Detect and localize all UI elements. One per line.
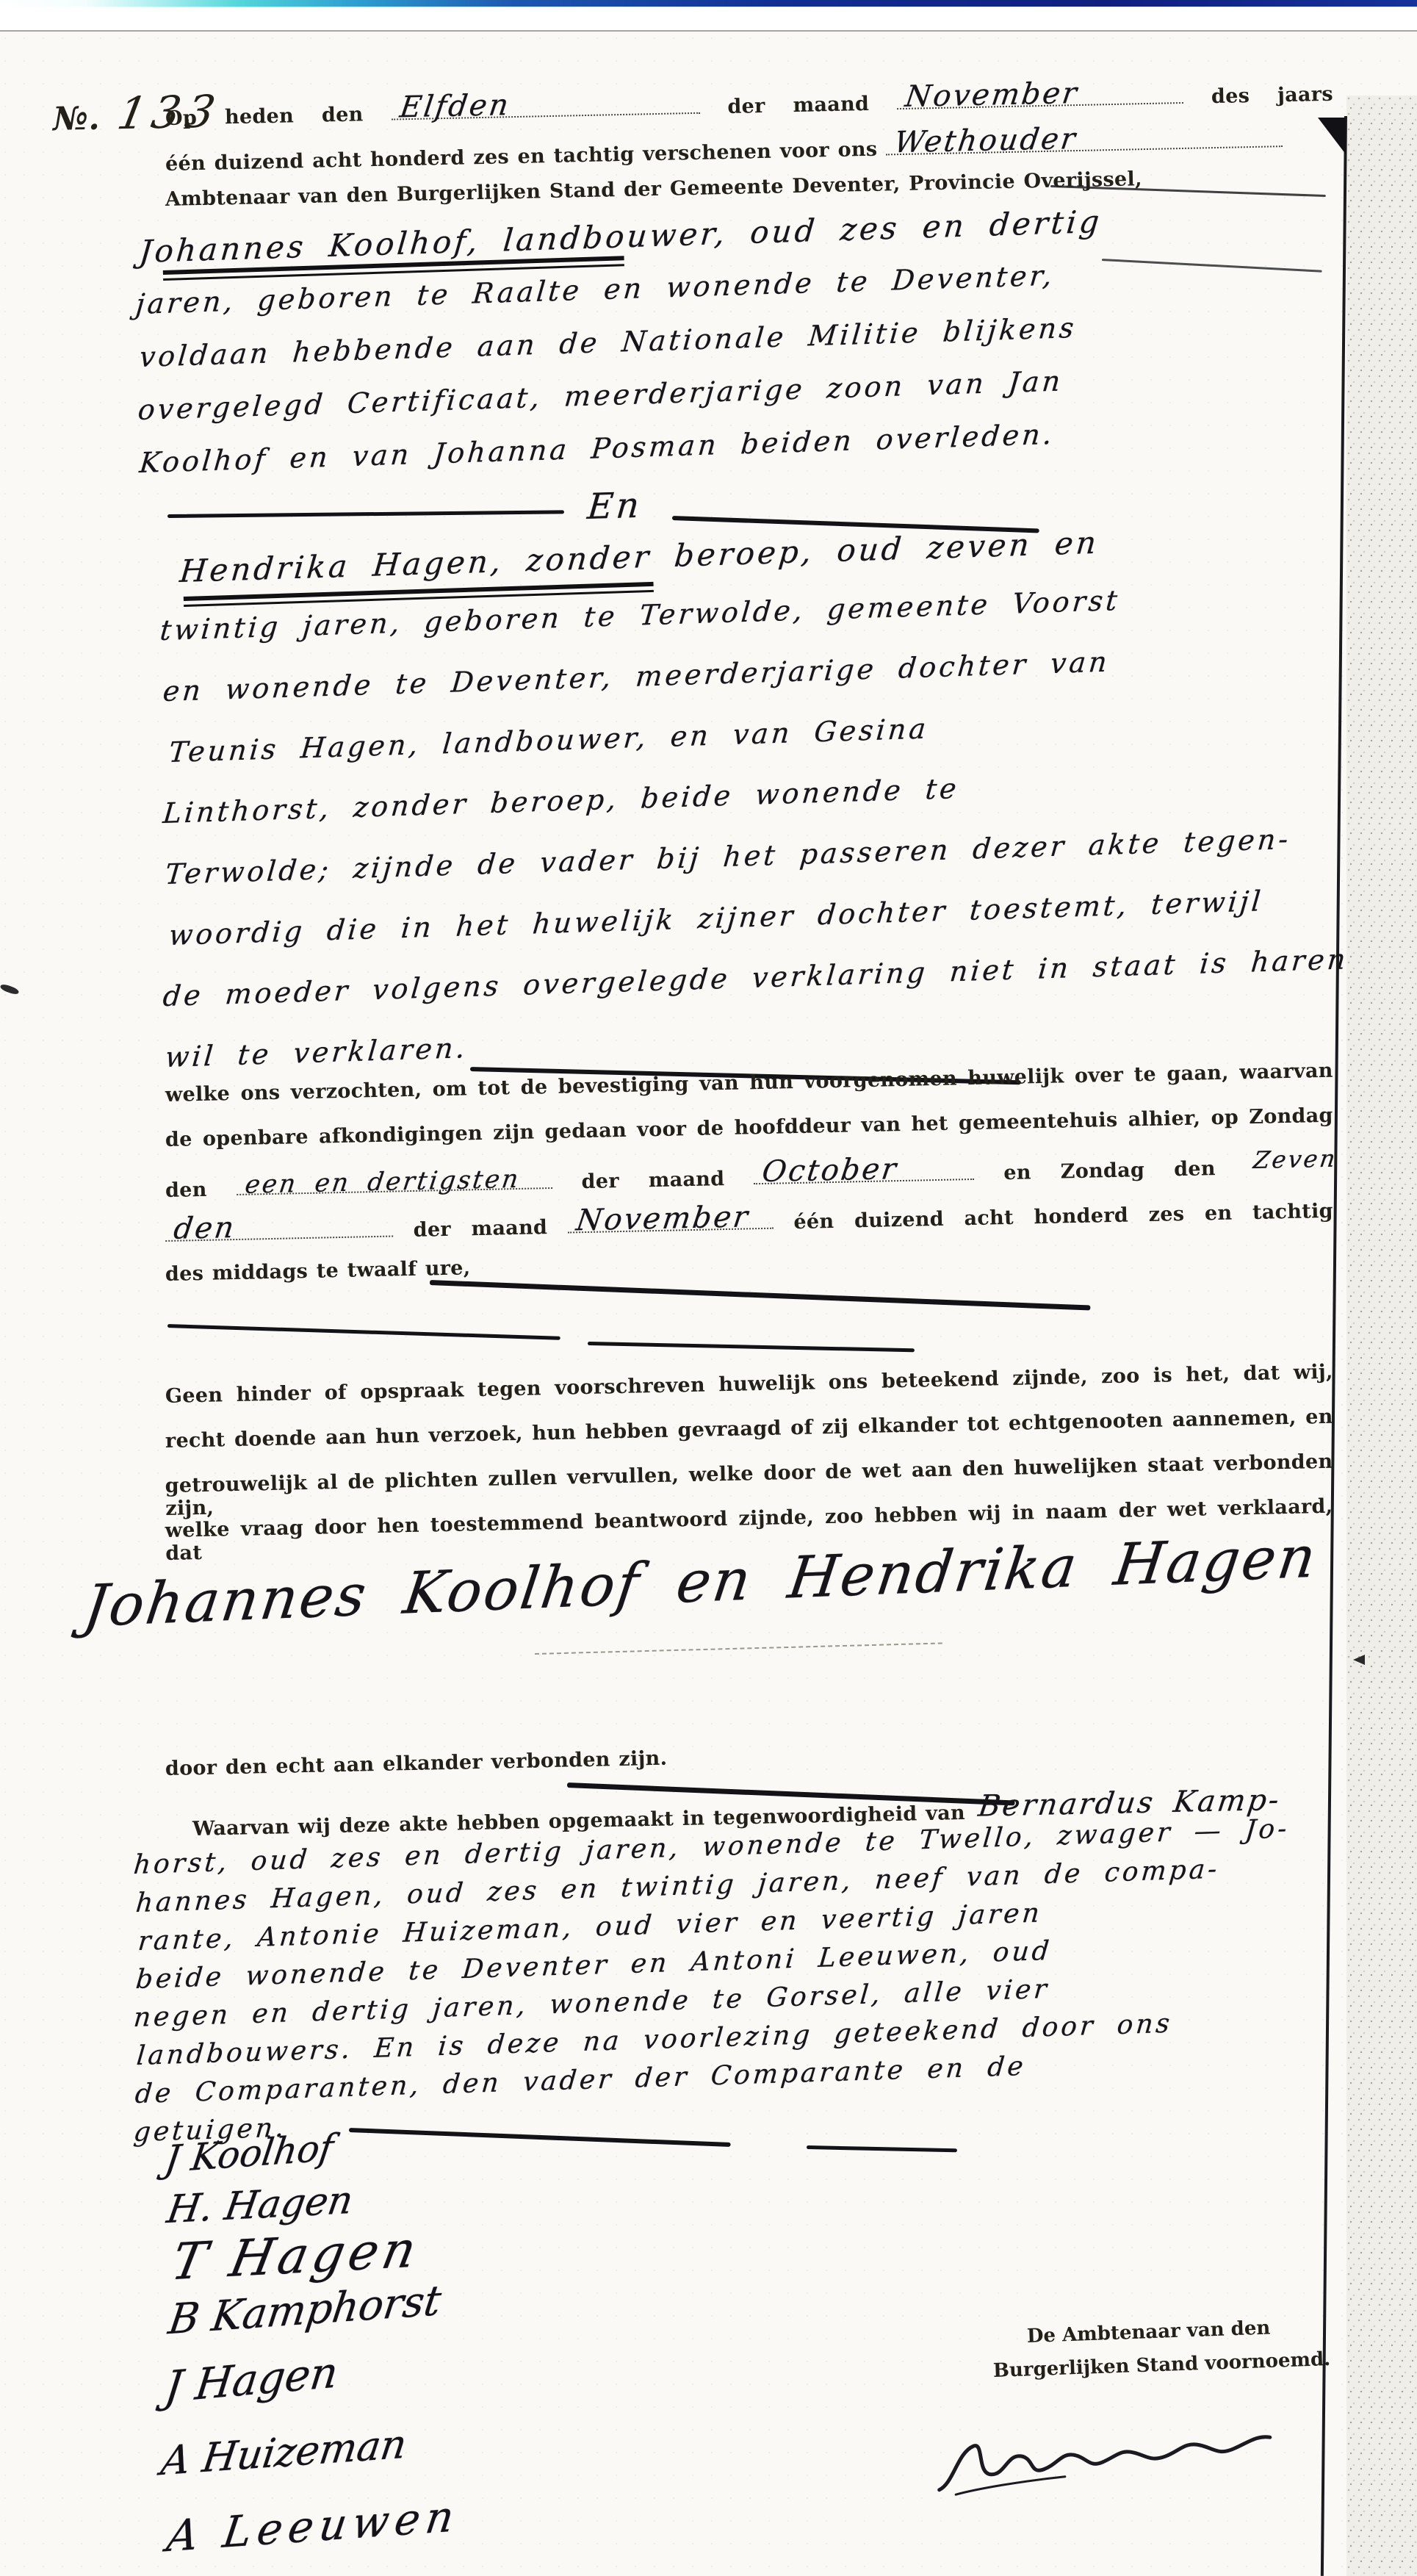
handwritten-first-banns-month: October bbox=[760, 1152, 901, 1189]
fill-first-banns-month: October bbox=[754, 1156, 975, 1184]
scanned-marriage-record: №. 133 Op heden den Elfden der maand Nov… bbox=[0, 0, 1417, 2576]
header-year-intro: des jaars bbox=[1211, 83, 1333, 108]
fill-second-banns-month: November bbox=[567, 1206, 774, 1234]
publication-der-maand-2: der maand bbox=[413, 1216, 547, 1242]
handwritten-second-banns-day-part-2: den bbox=[172, 1211, 238, 1246]
fill-day-of-month: Elfden bbox=[391, 90, 700, 120]
right-margin-grain bbox=[1346, 96, 1417, 2576]
scanner-band bbox=[0, 0, 1417, 7]
fold-corner-mark bbox=[1318, 118, 1346, 154]
handwritten-officiant: Wethouder bbox=[893, 122, 1080, 159]
fill-officiant-title: Wethouder bbox=[886, 123, 1283, 155]
handwritten-first-banns-day: een en dertigsten bbox=[243, 1165, 522, 1200]
fill-month-of-marriage: November bbox=[897, 80, 1184, 109]
handwritten-month: November bbox=[904, 76, 1081, 114]
fill-first-banns-day: een en dertigsten bbox=[236, 1165, 552, 1195]
publication-en-zondag-den: en Zondag den bbox=[1003, 1157, 1216, 1184]
act-number-label: №. bbox=[53, 100, 101, 138]
publication-der-maand-1: der maand bbox=[581, 1168, 724, 1193]
handwritten-day: Elfden bbox=[397, 88, 512, 124]
header-der-maand-1: der maand bbox=[727, 93, 869, 118]
fill-second-banns-day-part-2: den bbox=[165, 1214, 394, 1242]
handwritten-second-banns-month: November bbox=[574, 1200, 751, 1237]
conjunction-en: En bbox=[585, 485, 643, 528]
header-opening-text: Op heden den bbox=[165, 103, 364, 130]
publication-den-1: den bbox=[165, 1179, 207, 1202]
fill-second-banns-day-part-1: Zeven bbox=[1244, 1151, 1333, 1175]
handwritten-second-banns-day-part-1: Zeven bbox=[1252, 1145, 1339, 1175]
margin-arrow-right bbox=[1353, 1655, 1365, 1665]
